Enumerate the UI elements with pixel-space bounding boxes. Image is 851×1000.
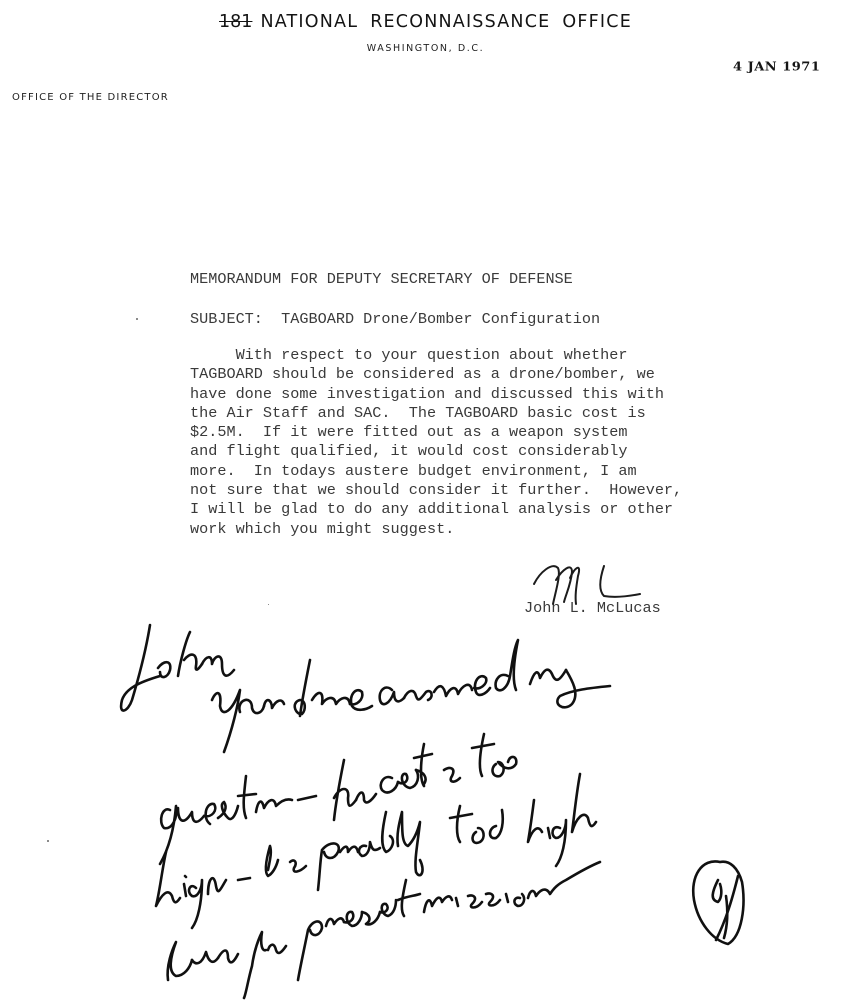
handwritten-line-high-it-is-probably-too-high (156, 774, 596, 928)
handwritten-line-even-for-present-mission (168, 862, 600, 998)
handwritten-line-you-have-answered-my (212, 640, 610, 752)
handwriting-layer (0, 0, 851, 1000)
signature-initials (534, 566, 640, 604)
handwritten-line-john (121, 625, 234, 711)
circled-initials (693, 861, 743, 944)
